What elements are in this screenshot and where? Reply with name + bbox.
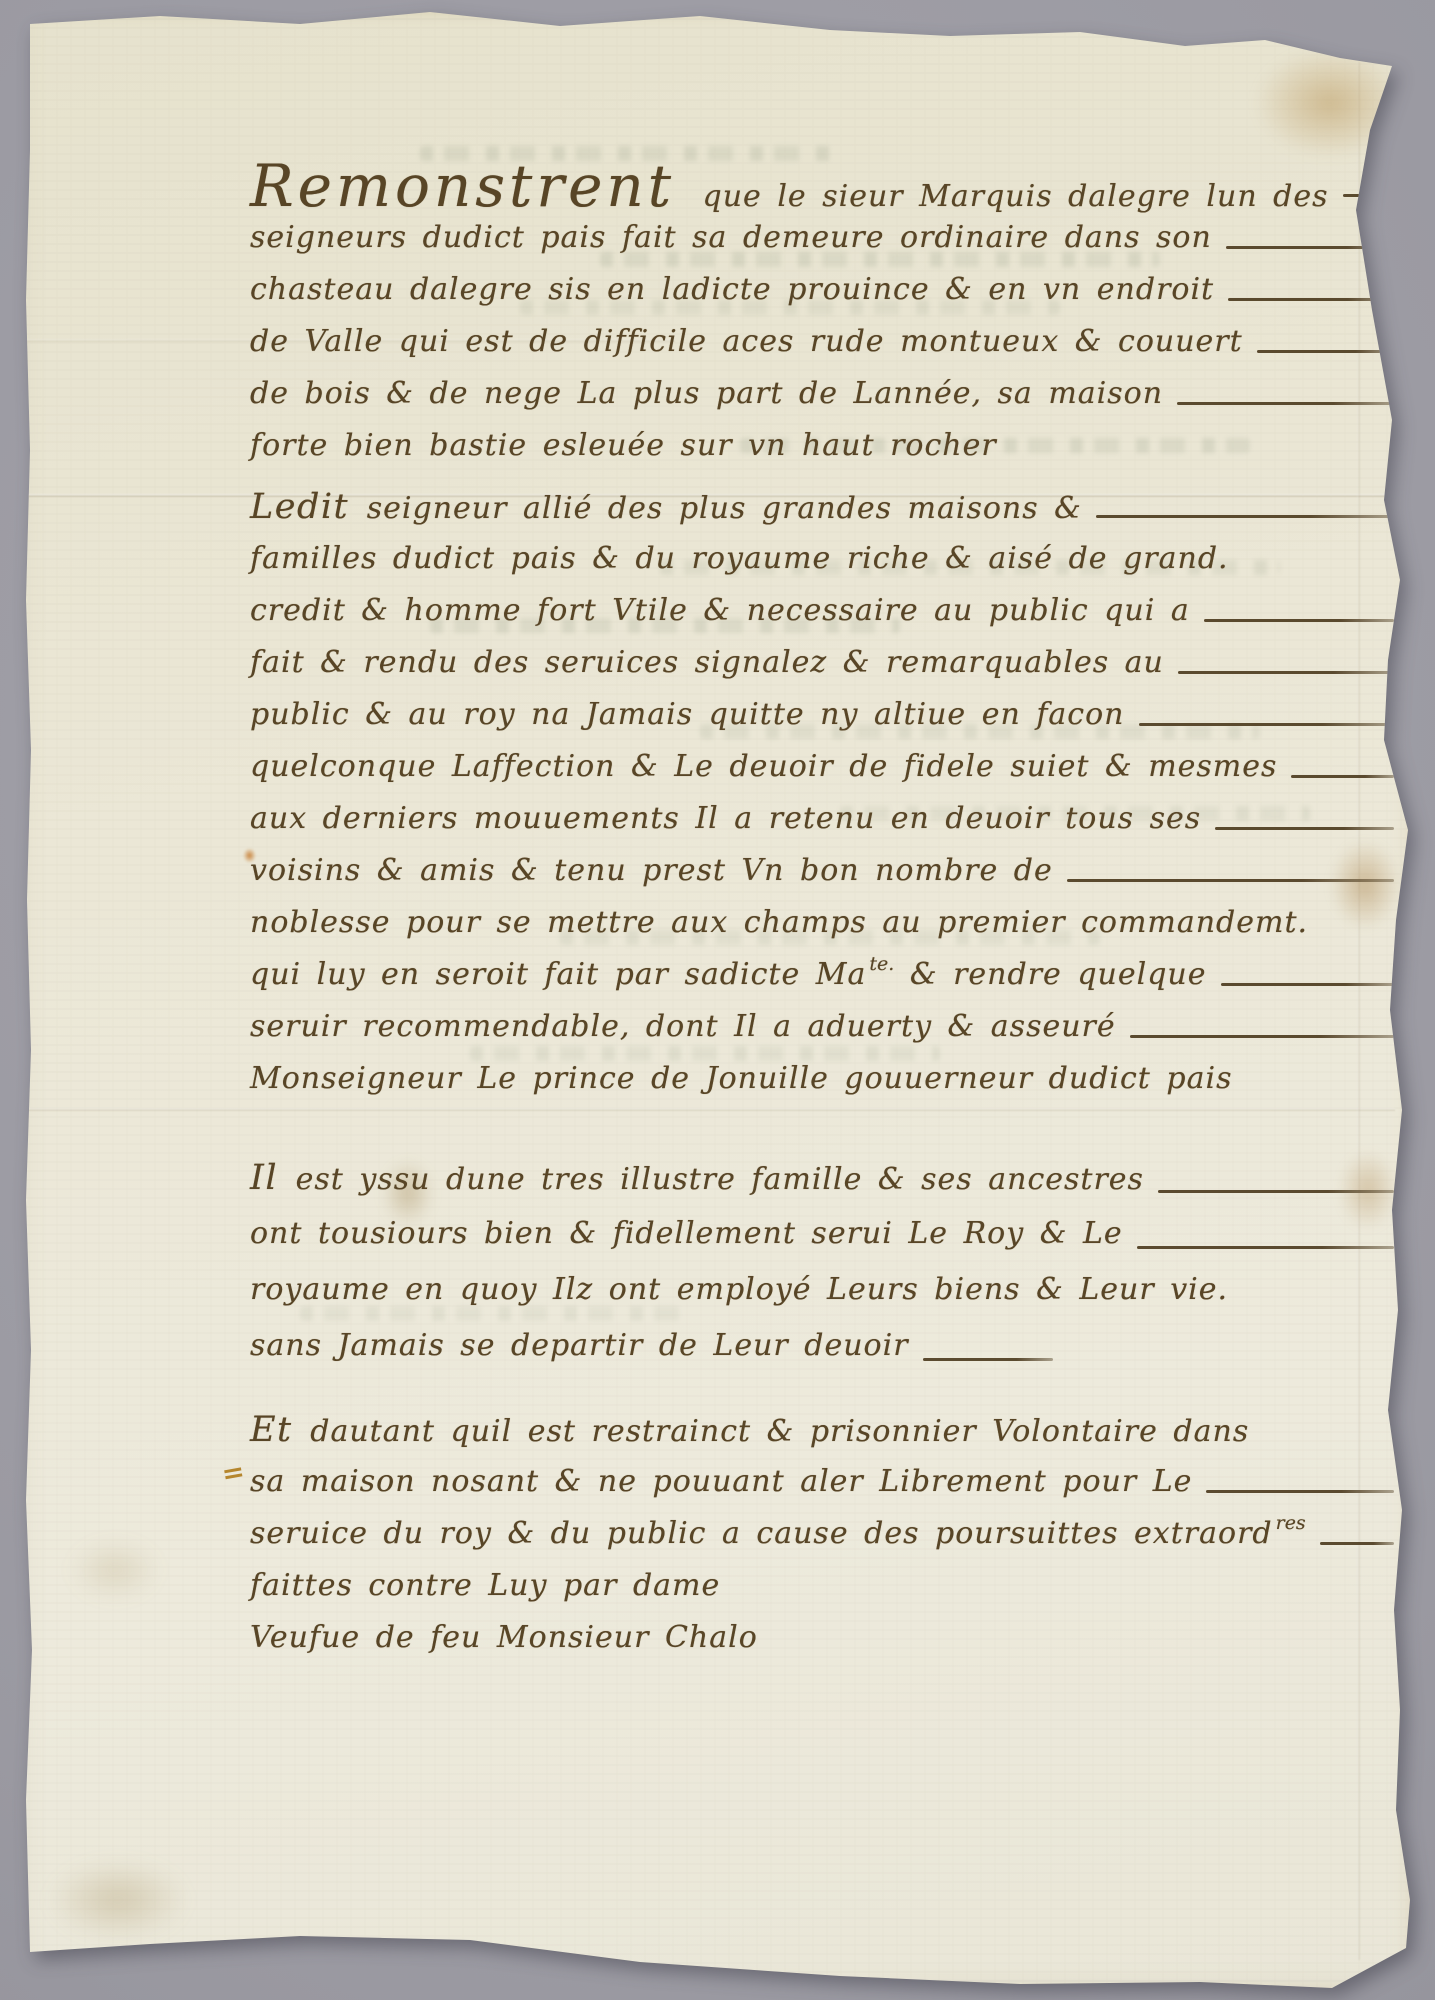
line-text: royaume en quoy Ilz ont employé Leurs bi… [250,1264,1228,1316]
line-text: chasteau dalegre sis en ladicte prouince… [250,264,1214,316]
manuscript-line: sa maison nosant & ne pouuant aler Libre… [250,1456,1396,1508]
paragraph: Il est yssu dune tres illustre famille &… [250,1152,1396,1376]
manuscript-page-wrapper: = Remonstrent que le sieur Marquis daleg… [0,0,1435,2000]
line-lead-word: Et [250,1404,310,1456]
manuscript-line: Monseigneur Le prince de Jonuille gouuer… [250,1053,1396,1105]
corner-stain [1255,48,1405,158]
line-text: voisins & amis & tenu prest Vn bon nombr… [250,845,1053,897]
manuscript-page: = Remonstrent que le sieur Marquis daleg… [0,0,1435,2000]
line-text: de bois & de nege La plus part de Lannée… [250,368,1163,420]
line-text: seigneurs dudict pais fait sa demeure or… [250,212,1212,264]
fold-crease [26,1108,1395,1111]
line-text: faittes contre Luy par dame [250,1560,720,1612]
manuscript-line: seruice du roy & du public a cause des p… [250,1508,1396,1560]
manuscript-line: Remonstrent que le sieur Marquis dalegre… [250,160,1396,212]
line-filler-dash [1204,619,1394,622]
line-text: seigneur allié des plus grandes maisons … [367,483,1082,535]
line-filler-dash [1291,775,1394,778]
line-filler-dash [1206,1490,1394,1493]
manuscript-line: Et dautant quil est restrainct & prisonn… [250,1404,1396,1456]
manuscript-line: credit & homme fort Vtile & necessaire a… [250,585,1396,637]
line-text: dautant quil est restrainct & prisonnier… [310,1406,1249,1458]
line-text: public & au roy na Jamais quitte ny alti… [250,689,1125,741]
margin-mark: = [219,1457,244,1491]
line-text: seruice du roy & du public a cause des p… [250,1508,1273,1560]
manuscript-line: de Valle qui est de difficile aces rude … [250,316,1396,368]
manuscript-line: sans Jamais se departir de Leur deuoir [250,1320,1396,1376]
manuscript-line: aux derniers mouuements Il a retenu en d… [250,793,1396,845]
line-filler-dash [1130,1035,1394,1038]
line-filler-dash [1096,515,1394,518]
line-text: Monseigneur Le prince de Jonuille gouuer… [250,1053,1232,1105]
line-text: & rendre quelque [894,949,1206,1001]
line-text: fait & rendu des seruices signalez & rem… [250,637,1164,689]
manuscript-line: seruir recommendable, dont Il a aduerty … [250,1001,1396,1053]
line-text: Veufue de feu Monsieur Chalo [250,1612,758,1664]
line-text: forte bien bastie esleuée sur vn haut ro… [250,420,997,472]
paper-stain [48,1860,188,1940]
line-lead-word: Il [250,1152,296,1204]
manuscript-line: ont tousiours bien & fidellement serui L… [250,1208,1396,1264]
line-filler-dash [1139,723,1395,726]
manuscript-line: faittes contre Luy par dame [250,1560,1396,1612]
photograph-background: = Remonstrent que le sieur Marquis daleg… [0,0,1435,2000]
manuscript-line: de bois & de nege La plus part de Lannée… [250,368,1396,420]
line-text: de Valle qui est de difficile aces rude … [250,316,1243,368]
line-filler-dash [1343,194,1394,197]
line-filler-dash [1221,983,1395,986]
line-filler-dash [1178,671,1394,674]
manuscript-line: chasteau dalegre sis en ladicte prouince… [250,264,1396,316]
manuscript-line: Veufue de feu Monsieur Chalo [250,1612,1396,1664]
line-text: seruir recommendable, dont Il a aduerty … [250,1001,1116,1053]
manuscript-line: voisins & amis & tenu prest Vn bon nombr… [250,845,1396,897]
paper-stain [70,1540,160,1600]
paragraph: Remonstrent que le sieur Marquis dalegre… [250,160,1396,472]
paragraph: Et dautant quil est restrainct & prisonn… [250,1404,1396,1664]
line-text: sans Jamais se departir de Leur deuoir [250,1320,909,1372]
line-lead-word: Remonstrent [250,160,703,212]
manuscript-line: qui luy en seroit fait par sadicte Mate.… [250,949,1396,1001]
paragraph: Ledit seigneur allié des plus grandes ma… [250,481,1396,1105]
manuscript-line: Ledit seigneur allié des plus grandes ma… [250,481,1396,533]
superscript-abbreviation: te. [869,938,894,990]
line-text: est yssu dune tres illustre famille & se… [296,1154,1144,1206]
line-filler-dash [1320,1542,1394,1545]
manuscript-line: royaume en quoy Ilz ont employé Leurs bi… [250,1264,1396,1320]
line-text: ont tousiours bien & fidellement serui L… [250,1208,1123,1260]
line-text: sa maison nosant & ne pouuant aler Libre… [250,1456,1192,1508]
manuscript-line: Il est yssu dune tres illustre famille &… [250,1152,1396,1208]
line-filler-dash [1215,827,1394,830]
manuscript-line: noblesse pour se mettre aux champs au pr… [250,897,1396,949]
line-filler-dash [1226,246,1394,249]
line-text: noblesse pour se mettre aux champs au pr… [250,897,1308,949]
line-filler-dash [1228,298,1394,301]
line-filler-dash [1177,402,1394,405]
line-text: aux derniers mouuements Il a retenu en d… [250,793,1201,845]
line-filler-dash [1158,1190,1394,1193]
line-text: quelconque Laffection & Le deuoir de fid… [250,741,1277,793]
line-filler-dash [1137,1246,1394,1249]
manuscript-line: public & au roy na Jamais quitte ny alti… [250,689,1396,741]
line-lead-word: Ledit [250,481,367,533]
line-text: familles dudict pais & du royaume riche … [250,533,1229,585]
superscript-abbreviation: res [1276,1497,1306,1549]
manuscript-line: forte bien bastie esleuée sur vn haut ro… [250,420,1396,472]
manuscript-line: fait & rendu des seruices signalez & rem… [250,637,1396,689]
line-filler-dash [923,1358,1053,1361]
manuscript-line: familles dudict pais & du royaume riche … [250,533,1396,585]
line-filler-dash [1067,879,1394,882]
manuscript-line: quelconque Laffection & Le deuoir de fid… [250,741,1396,793]
line-text: qui luy en seroit fait par sadicte Ma [250,949,866,1001]
line-text: credit & homme fort Vtile & necessaire a… [250,585,1190,637]
line-filler-dash [1257,350,1394,353]
